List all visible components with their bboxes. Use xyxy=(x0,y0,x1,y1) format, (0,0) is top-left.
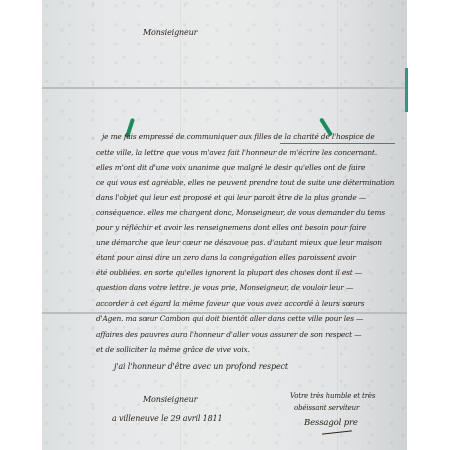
body-line-10: été oubliées. en sorte qu'elles ignorent… xyxy=(96,268,362,277)
body-line-2: cette ville, la lettre que vous m'avez f… xyxy=(96,148,377,157)
body-line-14: affaires des pauvres aura l'honneur d'al… xyxy=(96,330,361,339)
underline xyxy=(280,143,395,144)
body-line-8: une démarche que leur cœur ne désavoue p… xyxy=(96,238,382,247)
body-line-9: étant pour ainsi dire un zero dans la co… xyxy=(96,253,356,262)
body-line-5: dans l'objet qui leur est proposé et qui… xyxy=(96,193,366,202)
body-line-4: ce qui vous est agréable, elles ne peuve… xyxy=(96,178,394,187)
salutation: Monsieigneur xyxy=(143,28,197,37)
body-line-13: d'Agen. ma sœur Cambon qui doit bientôt … xyxy=(96,314,363,323)
place-date: a villeneuve le 29 avril 1811 xyxy=(112,414,222,423)
closing-salutation: Monsieigneur xyxy=(143,395,197,404)
fold-line-top xyxy=(42,87,407,89)
body-line-12: accorder à cet égard la même faveur que … xyxy=(96,299,364,308)
body-line-11: question dans votre lettre. je vous prie… xyxy=(96,283,353,292)
body-line-15: et de solliciter la même grâce de vive v… xyxy=(96,345,250,354)
signature-line-2: obéissant serviteur xyxy=(294,404,359,412)
closing: j'ai l'honneur d'être avec un profond re… xyxy=(114,362,288,371)
background-edge xyxy=(405,68,408,112)
signature-name: Bessagol pre xyxy=(304,418,358,428)
body-line-6: conséquence. elles me chargent donc, Mon… xyxy=(96,208,385,217)
body-line-1: je me fais empressé de communiquer aux f… xyxy=(102,132,375,141)
body-line-7: pour y réfléchir et avoir les renseignem… xyxy=(96,223,366,232)
body-line-3: elles m'ont dit d'une voix unanime que m… xyxy=(96,163,365,172)
signature-line-1: Votre très humble et très xyxy=(290,392,375,400)
